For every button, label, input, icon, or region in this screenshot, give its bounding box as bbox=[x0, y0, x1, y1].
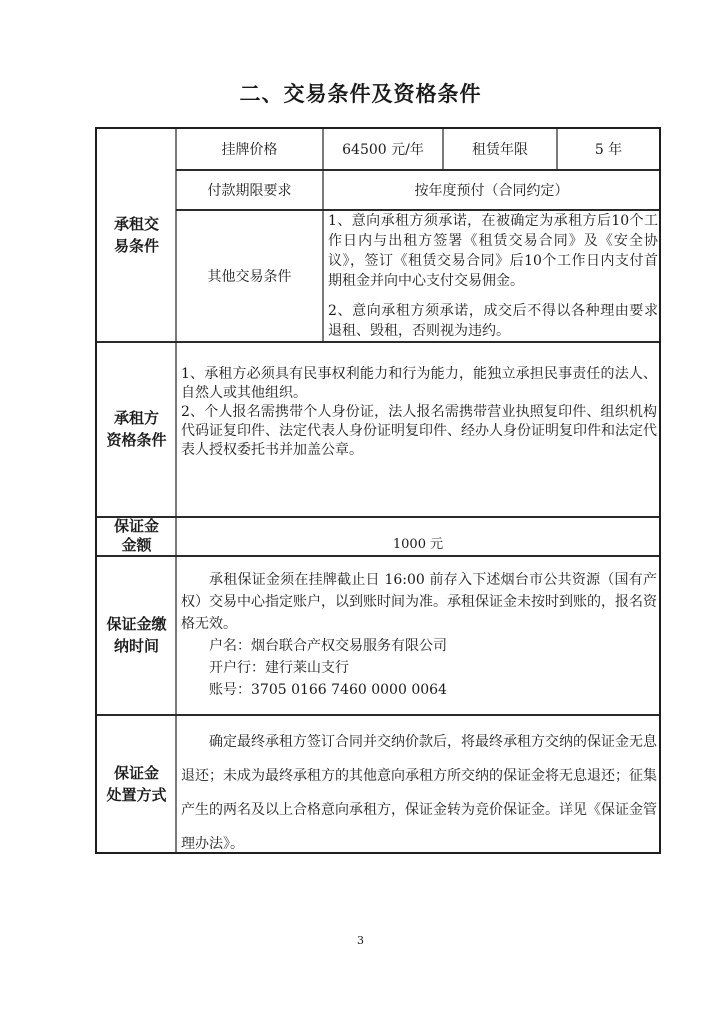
other-conditions-item-1: 1、意向承租方须承诺，在被确定为承租方后10个工作日内与出租方签署《租赁交易合同… bbox=[328, 211, 658, 291]
payment-terms-label: 付款期限要求 bbox=[177, 170, 322, 209]
other-conditions-label: 其他交易条件 bbox=[177, 210, 322, 341]
lease-term-label: 租赁年限 bbox=[444, 129, 556, 169]
qualification-item-2: 2、个人报名需携带个人身份证，法人报名需携带营业执照复印件、组织机构代码证复印件… bbox=[181, 403, 657, 460]
section-label-deposit-handling: 保证金 处置方式 bbox=[97, 715, 176, 852]
page-number: 3 bbox=[0, 934, 721, 947]
row-divider bbox=[97, 714, 659, 716]
section-label-deposit-amount: 保证金 金额 bbox=[97, 517, 176, 555]
row-divider bbox=[97, 341, 659, 343]
page-title: 二、交易条件及资格条件 bbox=[0, 78, 721, 108]
lease-term-value: 5 年 bbox=[558, 129, 659, 169]
section-label-deposit-time: 保证金缴 纳时间 bbox=[97, 556, 176, 714]
payment-terms-value: 按年度预付（合同约定） bbox=[324, 170, 659, 209]
listing-price-value: 64500 元/年 bbox=[324, 129, 442, 169]
other-conditions-item-2: 2、意向承租方须承诺，成交后不得以各种理由要求退租、毁租，否则视为违约。 bbox=[328, 301, 658, 341]
section-label-qualification: 承租方 资格条件 bbox=[97, 342, 176, 516]
conditions-table: 承租交 易条件 挂牌价格 64500 元/年 租赁年限 5 年 付款期限要求 按… bbox=[95, 127, 661, 854]
deposit-time-paragraph: 承租保证金须在挂牌截止日 16:00 前存入下述烟台市公共资源（国有产权）交易中… bbox=[181, 569, 657, 635]
deposit-account-name: 户名：烟台联合产权交易服务有限公司 bbox=[209, 635, 649, 657]
qualification-item-1: 1、承租方必须具有民事权利能力和行为能力，能独立承担民事责任的法人、自然人或其他… bbox=[181, 365, 657, 403]
deposit-amount-value: 1000 元 bbox=[177, 523, 659, 561]
deposit-handling-paragraph: 确定最终承租方签订合同并交纳价款后，将最终承租方交纳的保证金无息退还；未成为最终… bbox=[181, 725, 657, 861]
deposit-account-number: 账号：3705 0166 7460 0000 0064 bbox=[209, 679, 649, 701]
listing-price-label: 挂牌价格 bbox=[177, 129, 322, 169]
deposit-bank: 开户行：建行莱山支行 bbox=[209, 657, 649, 679]
row-divider bbox=[97, 516, 659, 518]
section-label-trade-conditions: 承租交 易条件 bbox=[97, 129, 176, 341]
